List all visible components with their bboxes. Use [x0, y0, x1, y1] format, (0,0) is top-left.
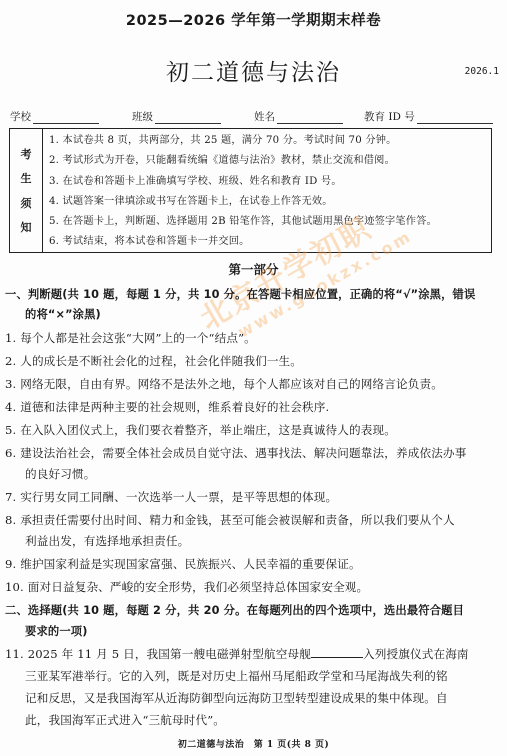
question-11: 11. 2025 年 11 月 5 日，我国第一艘电磁弹射型航空母舰入列授旗仪式… [5, 646, 469, 662]
question-11-line3: 记和反思，又是我国海军从近海防御型向远海防卫型转型建设成果的集中体现。自 [25, 690, 448, 706]
question-11-text: 11. 2025 年 11 月 5 日，我国第一艘电磁弹射型航空母舰 [5, 647, 311, 661]
question-6-cont: 的良好习惯。 [25, 466, 95, 482]
question-3: 3. 网络无限，自由有界。网络不是法外之地，每个人都应该对自己的网络言论负责。 [5, 376, 443, 392]
question-1: 1. 每个人都是社会这张“大网”上的一个“结点”。 [5, 330, 256, 346]
question-11-line2: 三亚某军港举行。它的入列，既是对历史上福州马尾船政学堂和马尾海战失利的铭 [25, 668, 448, 684]
question-2: 2. 人的成长是不断社会化的过程，社会化伴随我们一生。 [5, 353, 302, 369]
question-11-text-cont: 入列授旗仪式在海南 [363, 647, 469, 661]
question-11-line4: 此，我国海军正式进入“三航母时代”。 [25, 712, 225, 728]
question-8: 8. 承担责任需要付出时间、精力和金钱，甚至可能会被误解和责备，所以我们要从个人 [5, 512, 455, 528]
question-7: 7. 实行男女同工同酬、一次选举一人一票，是平等思想的体现。 [5, 489, 337, 505]
answer-blank [311, 647, 363, 658]
page-footer: 初二道德与法治 第 1 页(共 8 页) [0, 737, 507, 750]
question-5: 5. 在入队入团仪式上，我们要衣着整齐，举止端庄，这是真诚待人的表现。 [5, 422, 396, 438]
question-6: 6. 建设法治社会，需要全体社会成员自觉守法、遇事找法、解决问题靠法，养成依法办… [5, 445, 466, 461]
section-one-heading: 一、判断题(共 10 题，每题 1 分，共 10 分。在答题卡相应位置，正确的将… [5, 286, 475, 302]
question-8-cont: 利益出发，有选择地承担责任。 [25, 533, 189, 549]
question-10: 10. 面对日益复杂、严峻的安全形势，我们必须坚持总体国家安全观。 [5, 579, 368, 595]
section-two-heading: 二、选择题(共 10 题，每题 2 分，共 20 分。在每题列出的四个选项中，选… [5, 602, 464, 618]
section-one-heading-cont: 的将“×”涂黑) [25, 306, 101, 322]
section-two-heading-cont: 要求的一项) [25, 623, 88, 639]
question-9: 9. 维护国家利益是实现国家富强、民族振兴、人民幸福的重要保证。 [5, 556, 361, 572]
question-4: 4. 道德和法律是两种主要的社会规则，维系着良好的社会秩序. [5, 399, 329, 415]
question-body: 一、判断题(共 10 题，每题 1 分，共 10 分。在答题卡相应位置，正确的将… [5, 0, 502, 756]
